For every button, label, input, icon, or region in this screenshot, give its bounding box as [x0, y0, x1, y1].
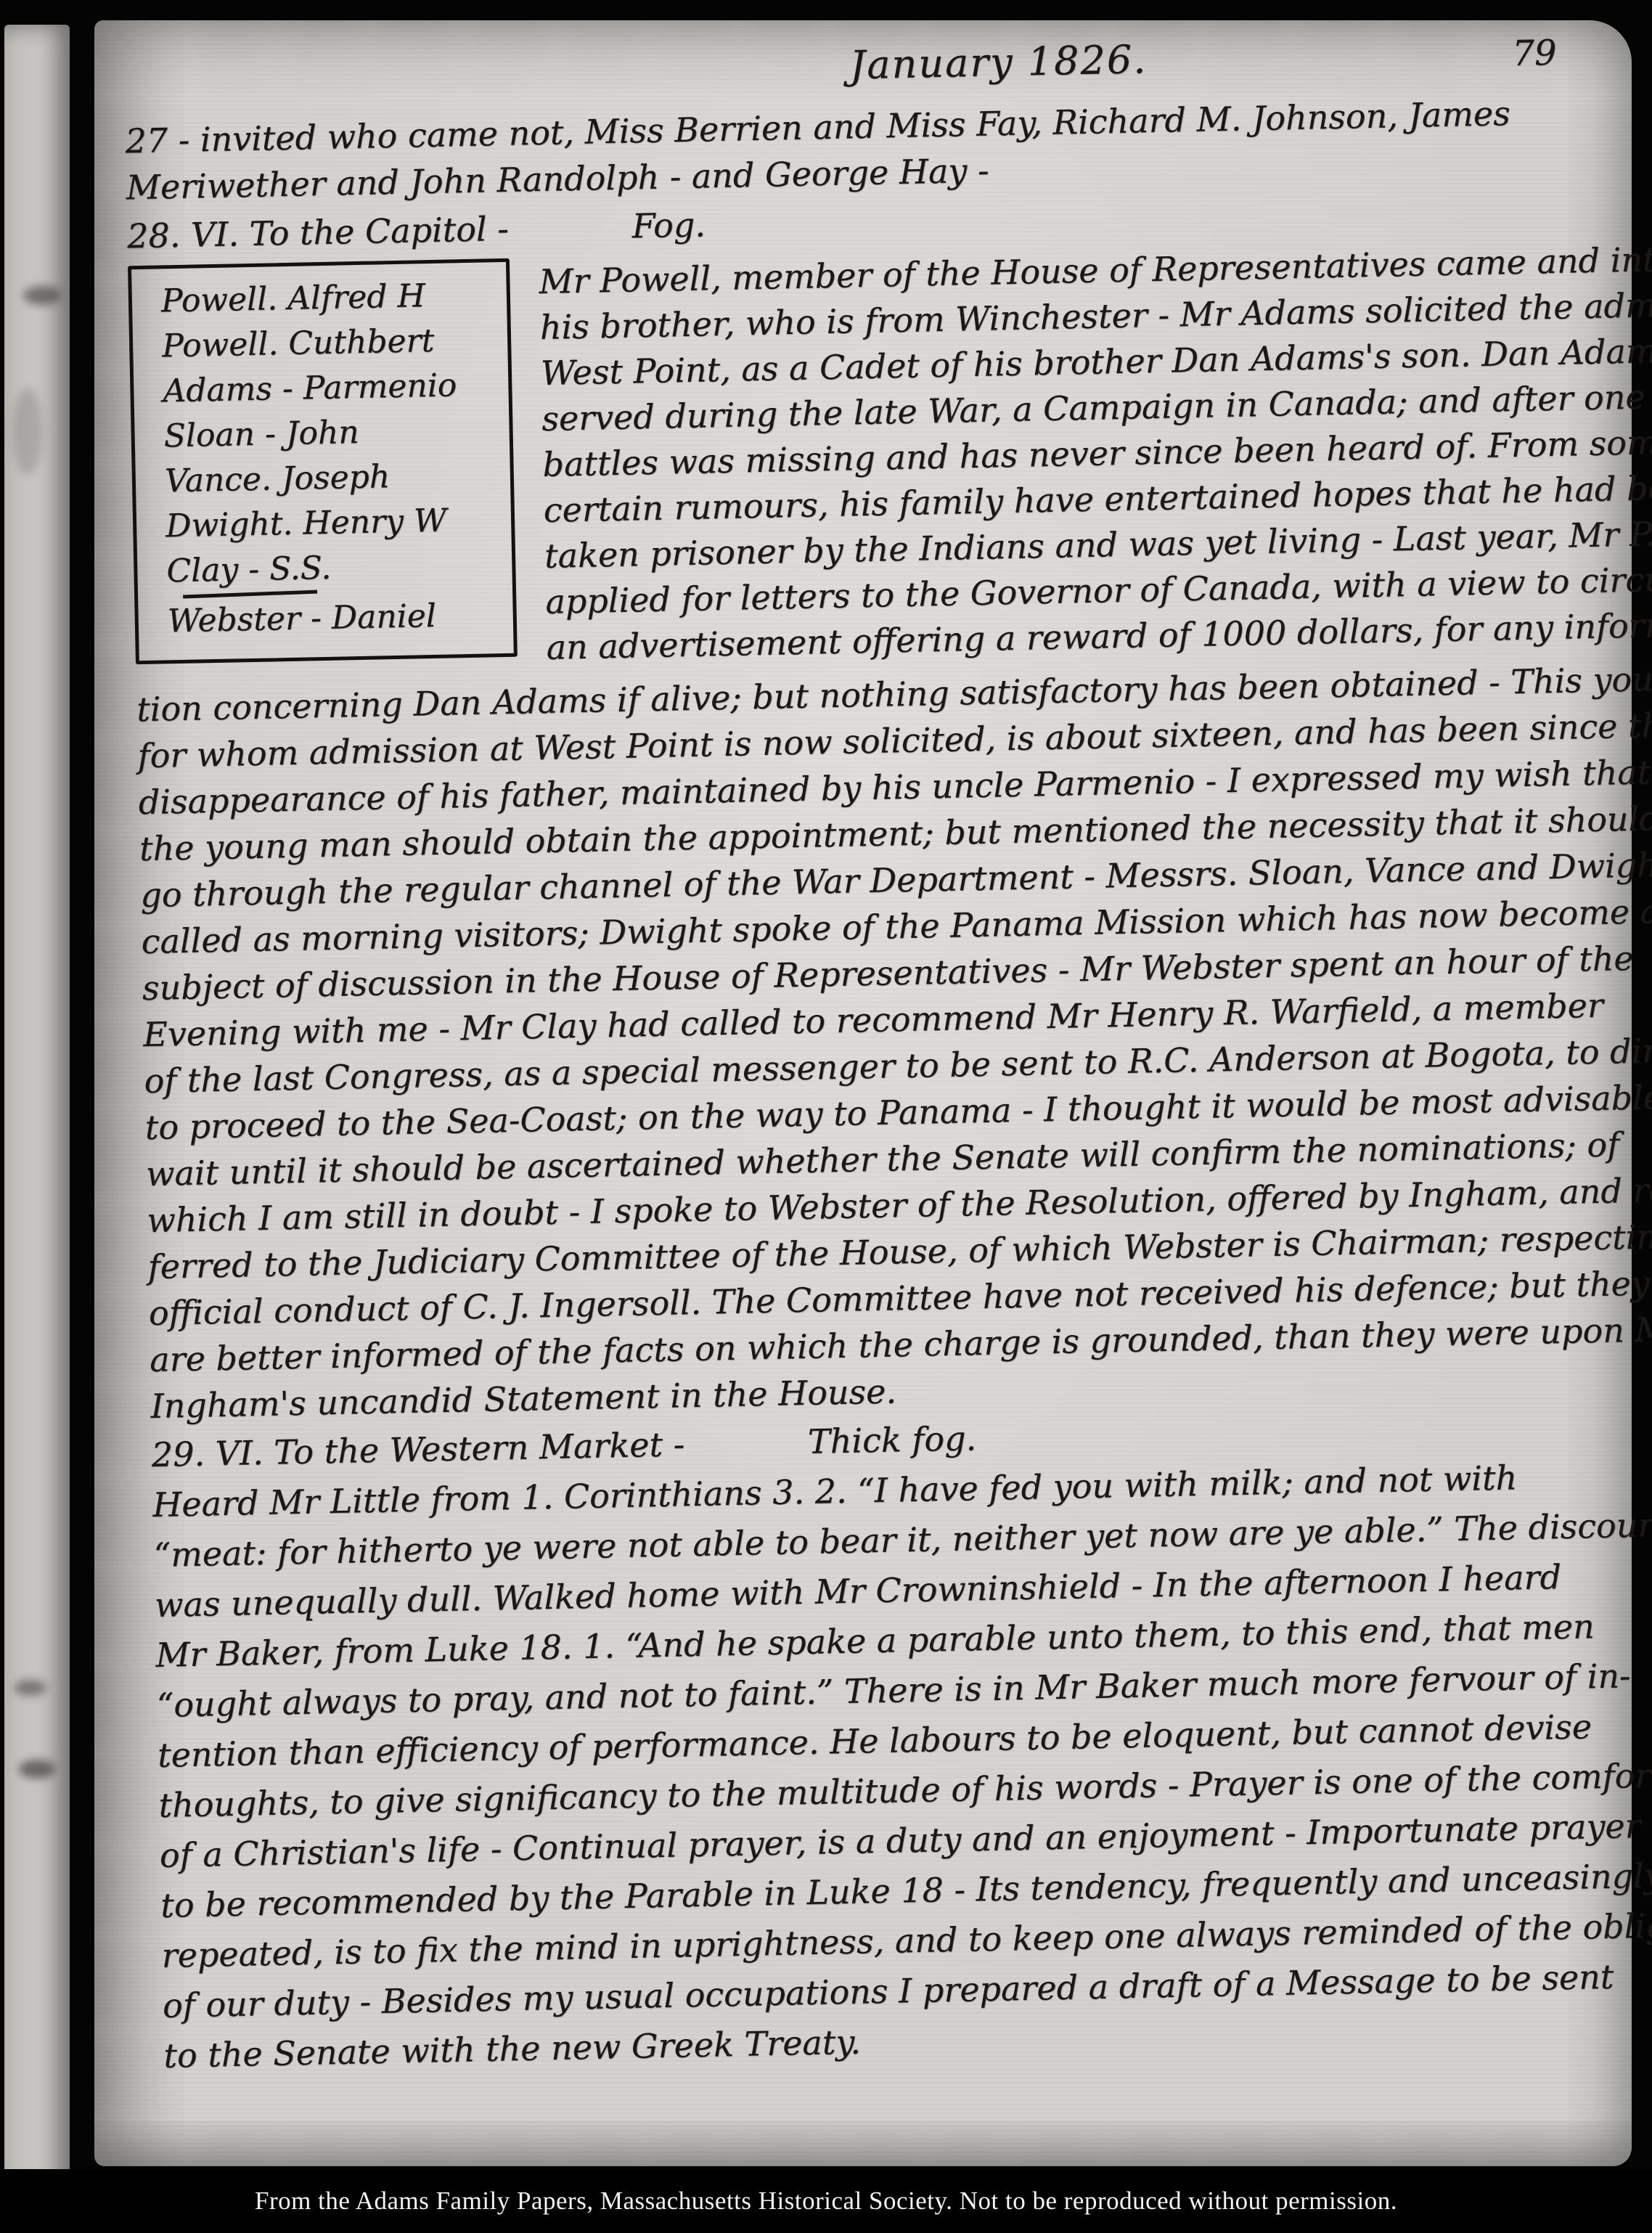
entry-28-heading-label: 28. VI. To the Capitol -	[126, 203, 509, 262]
visitor-name: Powell. Alfred H	[160, 272, 501, 324]
ink-smudge	[23, 286, 61, 305]
visitor-name: Powell. Cuthbert	[162, 317, 502, 369]
entry-29-weather: Thick fog.	[807, 1413, 976, 1467]
page-number: 79	[1512, 33, 1557, 74]
manuscript-page: January 1826. 79 27 - invited who came n…	[94, 20, 1632, 2166]
visitor-name: Adams - Parmenio	[163, 362, 503, 414]
archive-caption-bar: From the Adams Family Papers, Massachuse…	[0, 2169, 1652, 2233]
date-heading: January 1826.	[849, 36, 1148, 88]
visitor-name: Clay - S.S.	[166, 542, 507, 597]
entry-28-weather: Fog.	[631, 199, 706, 251]
manuscript-content: January 1826. 79 27 - invited who came n…	[116, 27, 1649, 2155]
entry-28-body-beside-list: Mr Powell, member of the House of Repres…	[510, 232, 1652, 671]
ink-smudge	[15, 1680, 46, 1696]
scanned-document: January 1826. 79 27 - invited who came n…	[0, 0, 1652, 2233]
entry-28-top-section: Powell. Alfred H Powell. Cuthbert Adams …	[120, 236, 1619, 679]
visitor-name: Sloan - John	[163, 407, 504, 459]
visitor-name: Webster - Daniel	[167, 592, 507, 644]
visitor-name: Dwight. Henry W	[165, 497, 506, 549]
facing-page-edge	[4, 25, 70, 2200]
visitor-name: Vance. Joseph	[164, 452, 504, 504]
entry-28-body-full-width: tion concerning Dan Adams if alive; but …	[129, 656, 1635, 1429]
entry-29-body: Heard Mr Little from 1. Corinthians 3. 2…	[145, 1450, 1648, 2081]
ink-smudge	[19, 1760, 55, 1779]
visitor-list-box: Powell. Alfred H Powell. Cuthbert Adams …	[128, 258, 518, 664]
archive-caption: From the Adams Family Papers, Massachuse…	[255, 2187, 1397, 2216]
ink-smudge	[13, 388, 42, 475]
